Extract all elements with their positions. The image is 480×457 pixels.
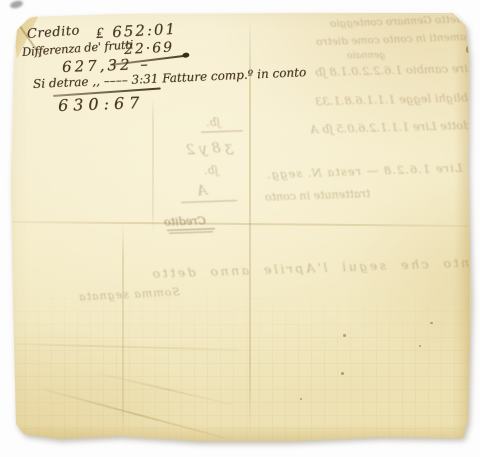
- crease-horizontal-middle: [13, 221, 468, 227]
- right-edge-shading: [455, 14, 470, 440]
- bleedthrough-amount: ʃb.: [206, 116, 220, 129]
- bleedthrough-amount: ʃb.: [204, 164, 218, 177]
- bleedthrough-amount: ʒ 8 y 2: [185, 139, 233, 158]
- foxing-dot: [343, 334, 346, 337]
- foxing-dot: [430, 322, 433, 324]
- bleedthrough-line: Lire 1.6.2.8 — resta N. segg.: [266, 161, 463, 182]
- ink-line-differenza-label: Differenza de' frutti: [22, 37, 134, 59]
- scanned-document: Il dì 14 detto Gennaro conteggio de' pag…: [0, 0, 480, 457]
- paper-sheet: Il dì 14 detto Gennaro conteggio de' pag…: [0, 0, 480, 457]
- top-right-corner-fold: [451, 13, 469, 28]
- ink-detrazione-line: Si detrae ,, –––– 3:31 Fatture comp.º in…: [33, 65, 307, 91]
- ink-line-differenza-amount: 22·69: [124, 39, 175, 58]
- bleedthrough-line: 2 obblighi legge 1.1.1.6.8.1.33: [315, 90, 480, 109]
- bleedthrough-amount-rule: [181, 200, 237, 203]
- bleedthrough-summary-rule: [167, 228, 215, 231]
- bleedthrough-line: Il dì 14 detto Gennaro conteggio: [330, 12, 480, 30]
- bleedthrough-line: gennaio: [347, 50, 386, 62]
- bleedthrough-line: Somma segnata: [78, 285, 180, 303]
- bottom-edge-shading: [12, 424, 468, 441]
- bleedthrough-line: dedotte Lire 1.1.1.2.6.0.5 ʃb A: [310, 118, 480, 137]
- bleedthrough-line: Conto che seguì l'Aprile anno detto: [150, 254, 480, 281]
- bleedthrough-summary-rule: [169, 231, 213, 234]
- ink-line-credito-label: Credito: [26, 23, 80, 42]
- crease-vertical-left: [122, 224, 124, 438]
- foxing-dot: [300, 398, 302, 400]
- top-left-fold-crease: [14, 18, 42, 57]
- squared-paper-texture: [12, 282, 469, 442]
- foxing-dot: [341, 372, 344, 375]
- crease-horizontal-lower: [14, 343, 239, 351]
- bleedthrough-line: Lire cambio 1.6.2.2.0.1.8 ʃb: [315, 61, 476, 79]
- foxing-dot: [419, 345, 421, 347]
- crease-vertical-mid: [152, 98, 154, 233]
- wrinkle-diagonal-2: [96, 372, 233, 405]
- edge-nick: [466, 46, 470, 53]
- bleedthrough-amount: A: [196, 183, 207, 200]
- ink-sum-rule-upper: [110, 55, 188, 66]
- ink-line-credito-amount: ₤ 652:01: [96, 20, 178, 43]
- ink-sum-rule-lower: [53, 87, 161, 97]
- ink-total: 630:67: [58, 93, 145, 115]
- ink-subtotal: 627,32 –: [62, 55, 151, 76]
- top-left-fold: [13, 15, 43, 61]
- wrinkle-diagonal-1: [42, 388, 231, 440]
- bleedthrough-amount-rule: [201, 130, 243, 132]
- paper-shadow: Il dì 14 detto Gennaro conteggio de' pag…: [0, 0, 480, 457]
- bleedthrough-line: de' pagamenti in conto come dietro: [316, 30, 480, 49]
- bleedthrough-summary-word: Credito: [164, 214, 206, 228]
- bleedthrough-line: trattenute in conto: [265, 187, 371, 204]
- crease-vertical-center: [249, 16, 251, 440]
